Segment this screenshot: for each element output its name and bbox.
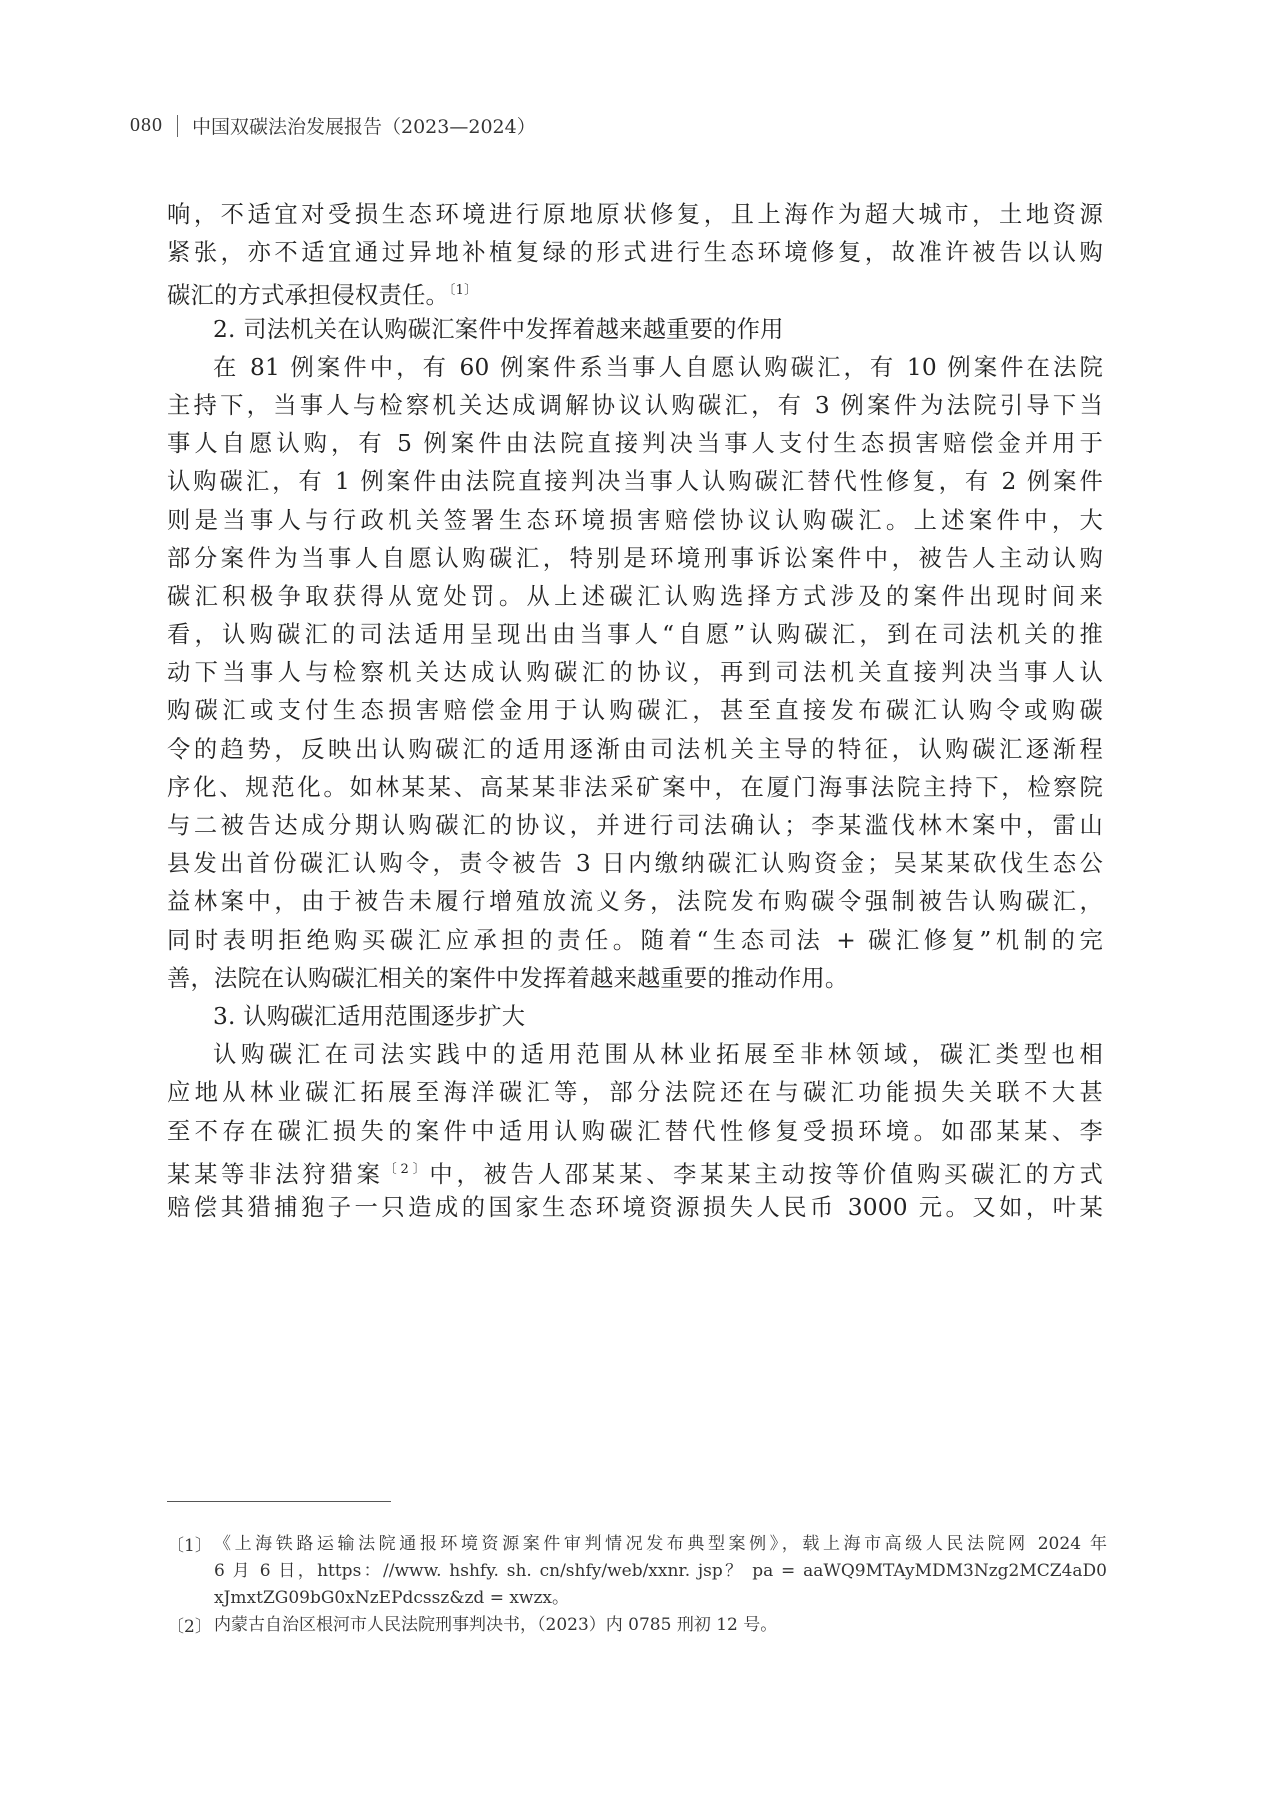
section-heading-3: 3. 认购碳汇适用范围逐步扩大 — [167, 998, 1103, 1036]
footnote-line: 6 月 6 日，https：//www. hshfy. sh. cn/shfy/… — [214, 1558, 1107, 1585]
running-header: 080 中国双碳法治发展报告（2023—2024） — [130, 112, 536, 139]
body-line-text: 中，被告人邵某某、李某某主动按等价值购买碳汇的方式 — [429, 1161, 1103, 1188]
body-line-text: 某某等非法狩猎案 — [167, 1161, 384, 1188]
footnotes: 〔1〕 《上海铁路运输法院通报环境资源案件审判情况发布典型案例》，载上海市高级人… — [167, 1531, 1107, 1639]
body-line: 动下当事人与检察机关达成认购碳汇的协议，再到司法机关直接判决当事人认 — [167, 654, 1103, 692]
footnote-1: 〔1〕 《上海铁路运输法院通报环境资源案件审判情况发布典型案例》，载上海市高级人… — [167, 1531, 1107, 1612]
body-line: 同时表明拒绝购买碳汇应承担的责任。随着“生态司法 + 碳汇修复”机制的完 — [167, 922, 1103, 960]
body-line: 则是当事人与行政机关签署生态环境损害赔偿协议认购碳汇。上述案件中，大 — [167, 502, 1103, 540]
body-line: 与二被告达成分期认购碳汇的协议，并进行司法确认；李某滥伐林木案中，雷山 — [167, 807, 1103, 845]
footnote-line: 内蒙古自治区根河市人民法院刑事判决书，（2023）内 0785 刑初 12 号。 — [214, 1612, 1107, 1639]
body-line: 某某等非法狩猎案〔2〕中，被告人邵某某、李某某主动按等价值购买碳汇的方式 — [167, 1151, 1103, 1189]
body-line: 至不存在碳汇损失的案件中适用认购碳汇替代性修复受损环境。如邵某某、李 — [167, 1113, 1103, 1151]
header-divider — [177, 115, 178, 137]
body-line: 在 81 例案件中，有 60 例案件系当事人自愿认购碳汇，有 10 例案件在法院 — [167, 349, 1103, 387]
section-heading-2: 2. 司法机关在认购碳汇案件中发挥着越来越重要的作用 — [167, 311, 1103, 349]
body-line: 看，认购碳汇的司法适用呈现出由当事人“自愿”认购碳汇，到在司法机关的推 — [167, 616, 1103, 654]
page-number: 080 — [130, 114, 163, 137]
footnote-divider — [167, 1501, 391, 1502]
footnote-mark: 〔1〕 — [167, 1531, 214, 1612]
body-line: 碳汇积极争取获得从宽处罚。从上述碳汇认购选择方式涉及的案件出现时间来 — [167, 578, 1103, 616]
footnote-line: xJmxtZG09bG0xNzEPdcssz&zd = xwzx。 — [214, 1585, 1107, 1612]
body-line-text: 碳汇的方式承担侵权责任。 — [167, 282, 449, 309]
body-line: 购碳汇或支付生态损害赔偿金用于认购碳汇，甚至直接发布碳汇认购令或购碳 — [167, 692, 1103, 730]
body-line: 赔偿其猎捕狍子一只造成的国家生态环境资源损失人民币 3000 元。又如，叶某 — [167, 1189, 1103, 1227]
body-line: 事人自愿认购，有 5 例案件由法院直接判决当事人支付生态损害赔偿金并用于 — [167, 425, 1103, 463]
body-line: 主持下，当事人与检察机关达成调解协议认购碳汇，有 3 例案件为法院引导下当 — [167, 387, 1103, 425]
body-line: 认购碳汇在司法实践中的适用范围从林业拓展至非林领域，碳汇类型也相 — [167, 1036, 1103, 1074]
body-line: 响，不适宜对受损生态环境进行原地原状修复，且上海作为超大城市，土地资源 — [167, 196, 1103, 234]
body-line: 序化、规范化。如林某某、高某某非法采矿案中，在厦门海事法院主持下，检察院 — [167, 769, 1103, 807]
footnote-line: 《上海铁路运输法院通报环境资源案件审判情况发布典型案例》，载上海市高级人民法院网… — [214, 1531, 1107, 1558]
footnote-2: 〔2〕 内蒙古自治区根河市人民法院刑事判决书，（2023）内 0785 刑初 1… — [167, 1612, 1107, 1639]
body-line: 应地从林业碳汇拓展至海洋碳汇等，部分法院还在与碳汇功能损失关联不大甚 — [167, 1074, 1103, 1112]
body-line: 部分案件为当事人自愿认购碳汇，特别是环境刑事诉讼案件中，被告人主动认购 — [167, 540, 1103, 578]
body-line: 碳汇的方式承担侵权责任。〔1〕 — [167, 272, 1103, 310]
book-title: 中国双碳法治发展报告（2023—2024） — [192, 112, 536, 139]
body-text: 响，不适宜对受损生态环境进行原地原状修复，且上海作为超大城市，土地资源 紧张，亦… — [167, 196, 1103, 1227]
body-line: 益林案中，由于被告未履行增殖放流义务，法院发布购碳令强制被告认购碳汇， — [167, 883, 1103, 921]
footnote-ref-1[interactable]: 〔1〕 — [449, 283, 477, 298]
body-line: 善，法院在认购碳汇相关的案件中发挥着越来越重要的推动作用。 — [167, 960, 1103, 998]
body-line: 认购碳汇，有 1 例案件由法院直接判决当事人认购碳汇替代性修复，有 2 例案件 — [167, 463, 1103, 501]
body-line: 令的趋势，反映出认购碳汇的适用逐渐由司法机关主导的特征，认购碳汇逐渐程 — [167, 731, 1103, 769]
body-line: 县发出首份碳汇认购令，责令被告 3 日内缴纳碳汇认购资金；吴某某砍伐生态公 — [167, 845, 1103, 883]
body-line: 紧张，亦不适宜通过异地补植复绿的形式进行生态环境修复，故准许被告以认购 — [167, 234, 1103, 272]
footnote-mark: 〔2〕 — [167, 1612, 214, 1639]
footnote-ref-2[interactable]: 〔2〕 — [384, 1162, 430, 1177]
